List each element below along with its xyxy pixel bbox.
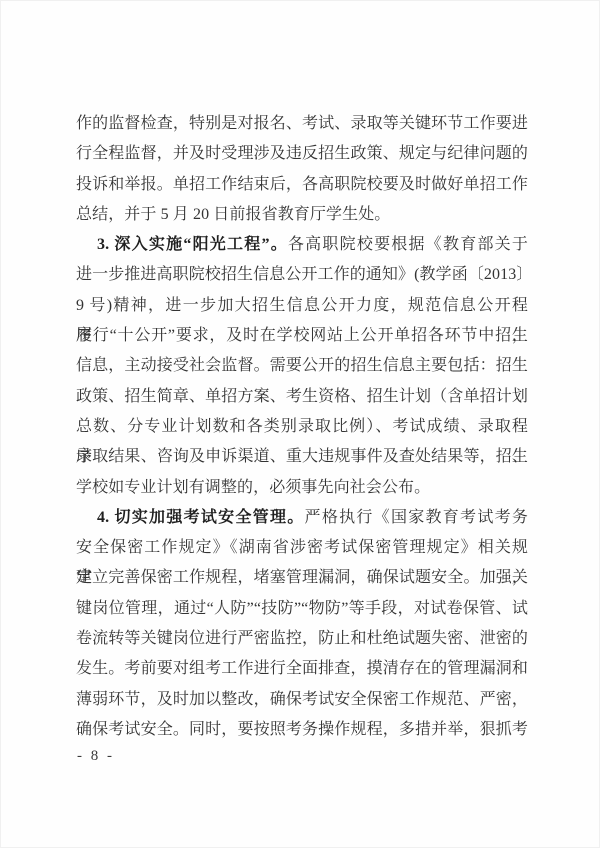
- text-line: 履行“十公开”要求，及时在学校网站上公开单招各环节中招生: [76, 321, 528, 351]
- document-body: 作的监督检查，特别是对报名、考试、录取等关键环节工作要进 行全程监督，并及时受理…: [76, 109, 528, 745]
- text-line: 确保考试安全。同时，要按照考务操作规程，多措并举，狠抓考: [76, 715, 528, 745]
- text-line: 信息，主动接受社会监督。需要公开的招生信息主要包括：招生: [76, 351, 528, 381]
- document-page: 作的监督检查，特别是对报名、考试、录取等关键环节工作要进 行全程监督，并及时受理…: [0, 0, 600, 848]
- text-line: 3. 深入实施“阳光工程”。各高职院校要根据《教育部关于: [76, 230, 528, 260]
- text-line: 录取结果、咨询及申诉渠道、重大违规事件及查处结果等，招生: [76, 442, 528, 472]
- text-line: 发生。考前要对组考工作进行全面排查，摸清存在的管理漏洞和: [76, 654, 528, 684]
- text-line: 政策、招生简章、单招方案、考生资格、招生计划（含单招计划: [76, 382, 528, 412]
- paragraph-3: 4. 切实加强考试安全管理。严格执行《国家教育考试考务 安全保密工作规定》《湖南…: [76, 503, 528, 745]
- text-line: 键岗位管理，通过“人防”“技防”“物防”等手段，对试卷保管、试: [76, 594, 528, 624]
- text-line: 9 号)精神，进一步加大招生信息公开力度，规范信息公开程序，: [76, 291, 528, 321]
- text-line: 投诉和举报。单招工作结束后，各高职院校要及时做好单招工作: [76, 170, 528, 200]
- text-line: 建立完善保密工作规程，堵塞管理漏洞，确保试题安全。加强关: [76, 563, 528, 593]
- section-heading-4: 4. 切实加强考试安全管理。: [97, 509, 305, 526]
- text-line: 总数、分专业计划数和各类别录取比例）、考试成绩、录取程序、: [76, 412, 528, 442]
- text-line: 行全程监督，并及时受理涉及违反招生政策、规定与纪律问题的: [76, 139, 528, 169]
- paragraph-2: 3. 深入实施“阳光工程”。各高职院校要根据《教育部关于 进一步推进高职院校招生…: [76, 230, 528, 503]
- text-line: 学校如专业计划有调整的，必须事先向社会公布。: [76, 473, 528, 503]
- text-line: 4. 切实加强考试安全管理。严格执行《国家教育考试考务: [76, 503, 528, 533]
- section-heading-3: 3. 深入实施“阳光工程”。: [97, 236, 288, 253]
- text-line: 总结，并于 5 月 20 日前报省教育厅学生处。: [76, 200, 528, 230]
- text-line: 卷流转等关键岗位进行严密监控，防止和杜绝试题失密、泄密的: [76, 624, 528, 654]
- page-number: - 8 -: [77, 746, 115, 766]
- text-run: 严格执行《国家教育考试考务: [305, 509, 528, 526]
- text-line: 作的监督检查，特别是对报名、考试、录取等关键环节工作要进: [76, 109, 528, 139]
- text-line: 安全保密工作规定》《湖南省涉密考试保密管理规定》相关规定，: [76, 533, 528, 563]
- text-line: 薄弱环节，及时加以整改，确保考试安全保密工作规范、严密，: [76, 685, 528, 715]
- paragraph-1: 作的监督检查，特别是对报名、考试、录取等关键环节工作要进 行全程监督，并及时受理…: [76, 109, 528, 230]
- text-line: 进一步推进高职院校招生信息公开工作的通知》(教学函〔2013〕: [76, 260, 528, 290]
- text-run: 各高职院校要根据《教育部关于: [288, 236, 528, 253]
